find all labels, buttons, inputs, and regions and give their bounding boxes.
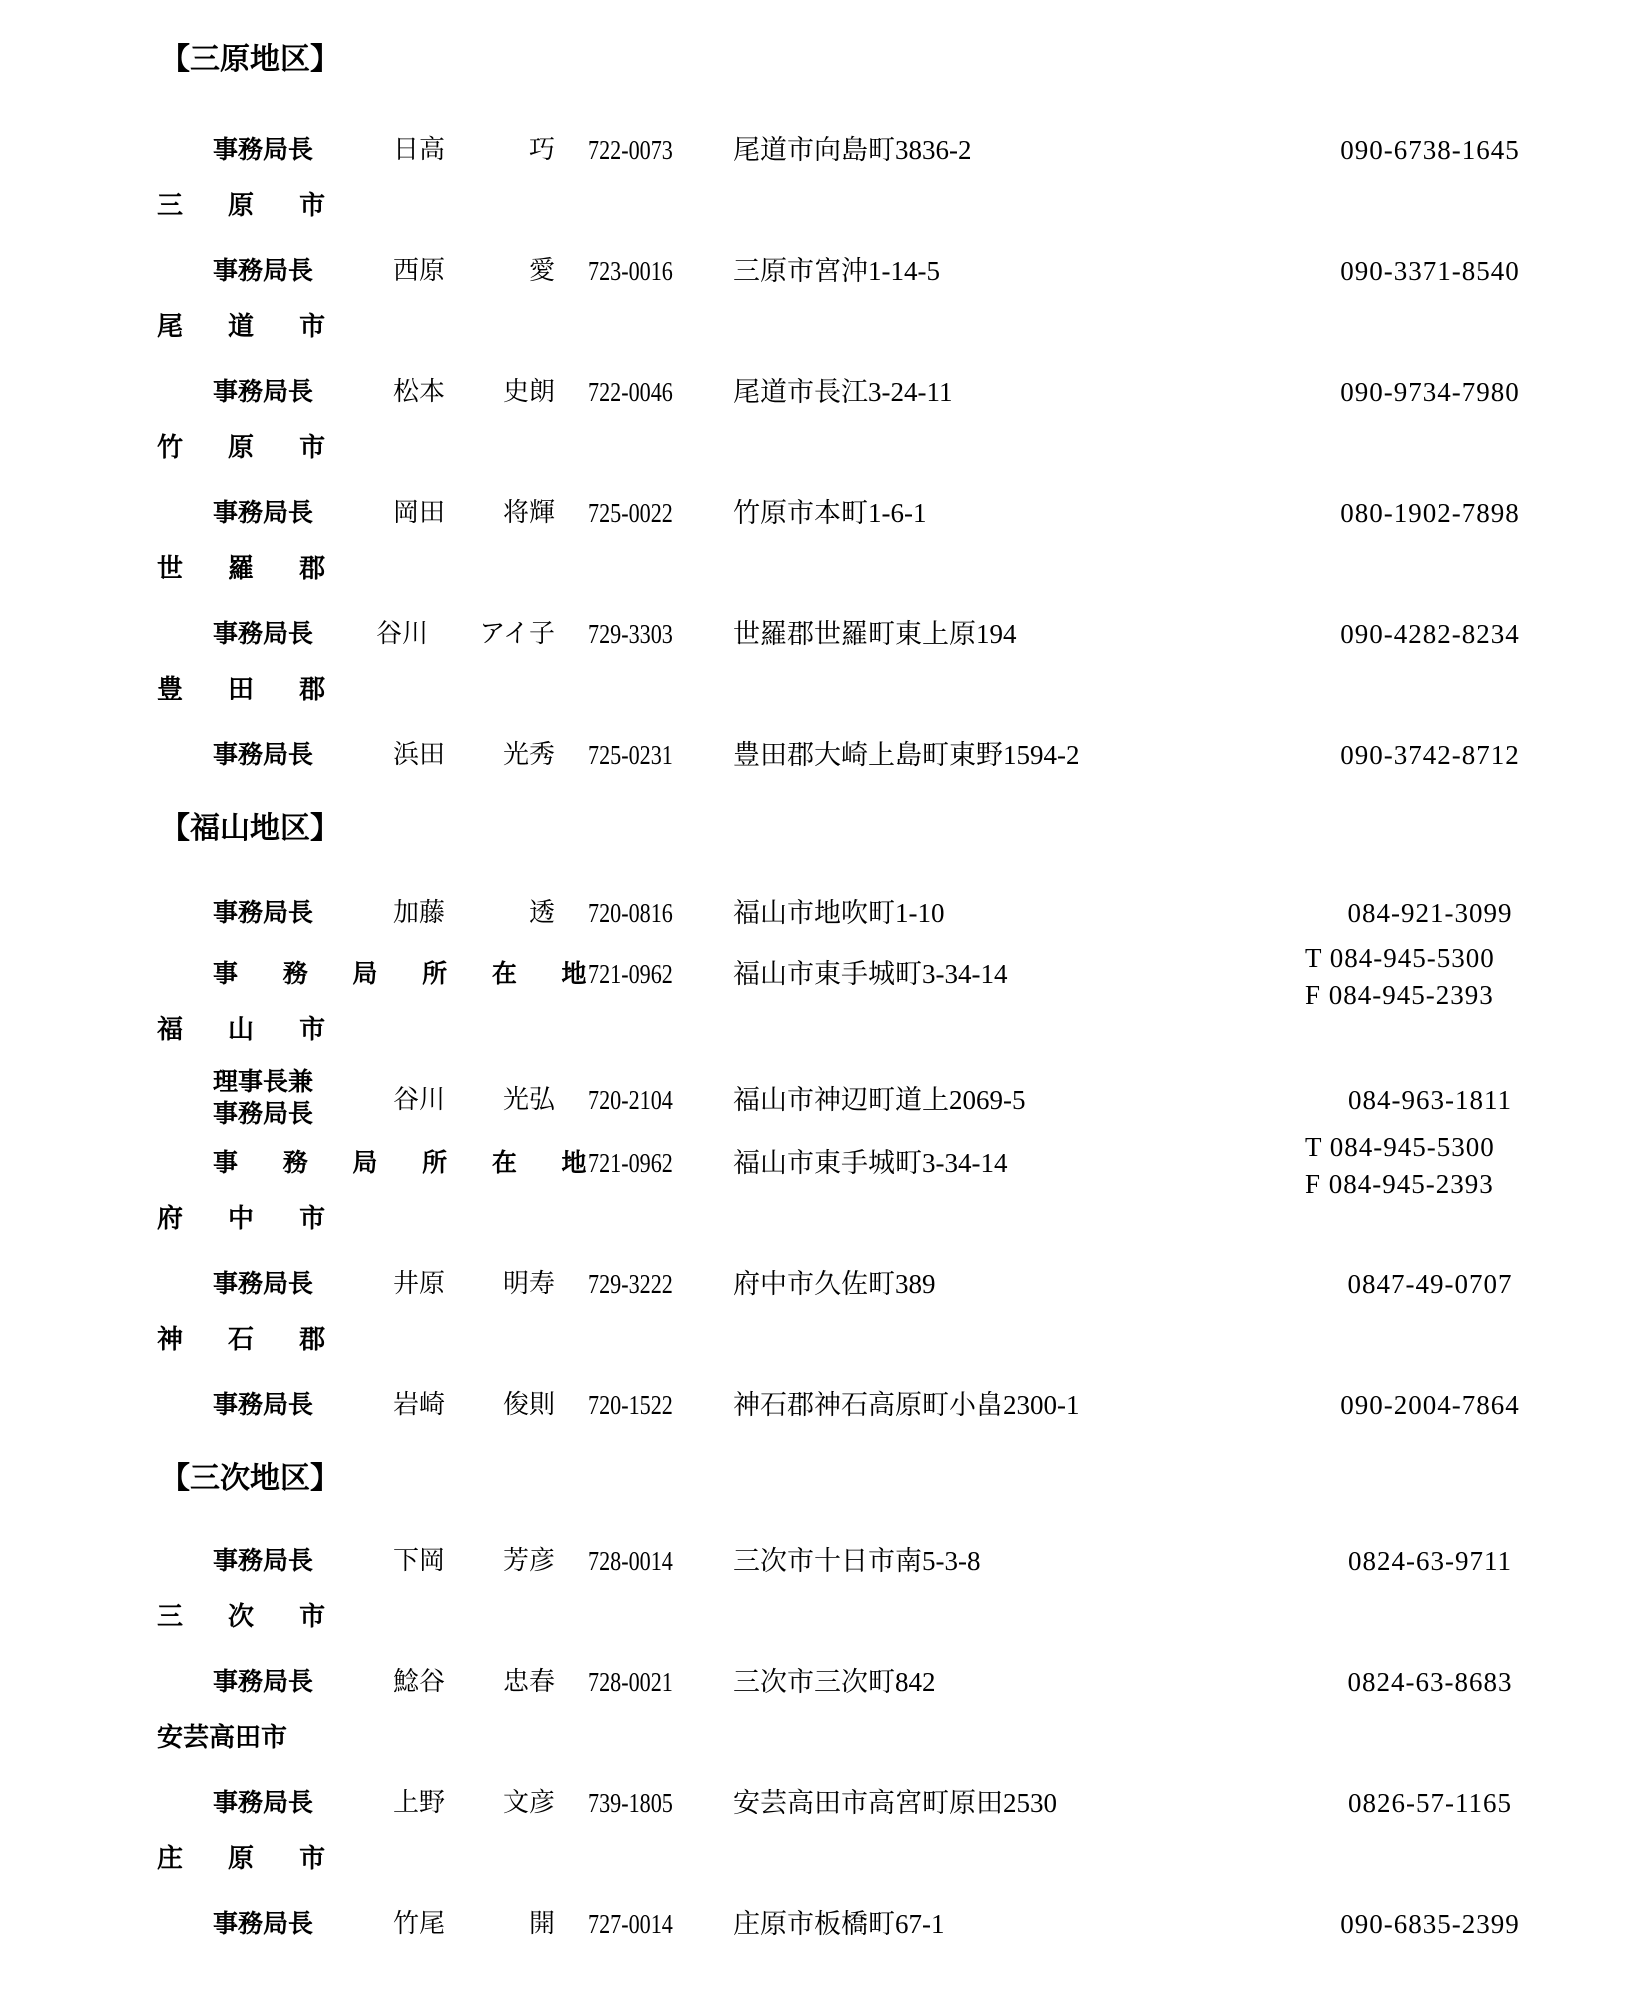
address: 府中市久佐町389 [733, 1269, 936, 1299]
contact-row: 理事長兼 事務局長 谷川 光弘 720-2104 福山市神辺町道上2069-5 … [0, 1080, 1648, 1120]
address: 庄原市板橋町67-1 [733, 1909, 945, 1939]
city-heading: 豊 田 郡 [157, 674, 343, 706]
contact-row: 事務局長 鯰谷 忠春 728-0021 三次市三次町842 0824-63-86… [0, 1662, 1648, 1702]
office-contact: T 084-945-5300 F 084-945-2393 [1305, 1129, 1565, 1203]
role-label: 事務局長 [213, 1390, 313, 1420]
postal-code: 721-0962 [588, 1148, 673, 1178]
role-label: 事務局長 [213, 898, 313, 928]
address: 世羅郡世羅町東上原194 [733, 619, 1017, 649]
postal-code: 728-0014 [588, 1546, 673, 1576]
city-heading: 竹 原 市 [157, 432, 343, 464]
surname: 竹尾 [393, 1909, 445, 1939]
phone-number: 090-6835-2399 [1300, 1909, 1560, 1939]
contact-row: 事務局長 井原 明寿 729-3222 府中市久佐町389 0847-49-07… [0, 1264, 1648, 1304]
contact-row: 事務局長 竹尾 開 727-0014 庄原市板橋町67-1 090-6835-2… [0, 1904, 1648, 1944]
surname: 鯰谷 [393, 1667, 445, 1697]
tel-number: T 084-945-5300 [1305, 1129, 1565, 1166]
postal-code: 720-2104 [588, 1085, 673, 1115]
city-heading: 三 原 市 [157, 190, 343, 222]
city-heading: 府 中 市 [157, 1203, 343, 1235]
city-heading: 三 次 市 [157, 1601, 343, 1633]
address: 三原市宮沖1-14-5 [733, 256, 940, 286]
given-name: アイ子 [479, 619, 555, 649]
phone-number: 090-3742-8712 [1300, 740, 1560, 770]
surname: 加藤 [393, 898, 445, 928]
given-name: 透 [529, 898, 555, 928]
surname: 谷川 [393, 1085, 445, 1115]
role-label: 事務局長 [213, 377, 313, 407]
surname: 松本 [393, 377, 445, 407]
role-label: 事務局長 [213, 1546, 313, 1576]
contact-row: 事務局長 谷川 アイ子 729-3303 世羅郡世羅町東上原194 090-42… [0, 614, 1648, 654]
city-heading: 世 羅 郡 [157, 553, 343, 585]
phone-number: 090-6738-1645 [1300, 135, 1560, 165]
office-location-label: 事 務 局 所 在 地 [213, 1148, 605, 1178]
given-name: 芳彦 [503, 1546, 555, 1576]
postal-code: 720-1522 [588, 1390, 673, 1420]
postal-code: 721-0962 [588, 959, 673, 989]
phone-number: 084-921-3099 [1300, 898, 1560, 928]
city-heading: 神 石 郡 [157, 1324, 343, 1356]
contact-row: 事務局長 浜田 光秀 725-0231 豊田郡大崎上島町東野1594-2 090… [0, 735, 1648, 775]
phone-number: 090-9734-7980 [1300, 377, 1560, 407]
role-label: 事務局長 [213, 256, 313, 286]
postal-code: 723-0016 [588, 256, 673, 286]
address: 福山市東手城町3-34-14 [733, 959, 1007, 989]
region-heading-fukuyama: 【福山地区】 [160, 811, 340, 847]
postal-code: 725-0022 [588, 498, 673, 528]
postal-code: 722-0073 [588, 135, 673, 165]
given-name: 開 [529, 1909, 555, 1939]
surname: 浜田 [393, 740, 445, 770]
city-heading: 安芸高田市 [157, 1722, 287, 1754]
role-label: 事務局長 [213, 1667, 313, 1697]
given-name: 将輝 [503, 498, 555, 528]
role-label: 理事長兼 事務局長 [213, 1066, 343, 1130]
contact-row: 事務局長 岩崎 俊則 720-1522 神石郡神石高原町小畠2300-1 090… [0, 1385, 1648, 1425]
phone-number: 0847-49-0707 [1300, 1269, 1560, 1299]
given-name: 愛 [529, 256, 555, 286]
role-line-1: 理事長兼 [213, 1066, 343, 1098]
address: 福山市神辺町道上2069-5 [733, 1085, 1026, 1115]
surname: 岡田 [393, 498, 445, 528]
phone-number: 080-1902-7898 [1300, 498, 1560, 528]
address: 三次市三次町842 [733, 1667, 936, 1697]
postal-code: 739-1805 [588, 1788, 673, 1818]
contact-row: 事務局長 松本 史朗 722-0046 尾道市長江3-24-11 090-973… [0, 372, 1648, 412]
postal-code: 727-0014 [588, 1909, 673, 1939]
contact-row: 事務局長 下岡 芳彦 728-0014 三次市十日市南5-3-8 0824-63… [0, 1541, 1648, 1581]
office-location-row: 事 務 局 所 在 地 721-0962 福山市東手城町3-34-14 T 08… [0, 1143, 1648, 1183]
contact-row: 事務局長 西原 愛 723-0016 三原市宮沖1-14-5 090-3371-… [0, 251, 1648, 291]
phone-number: 0824-63-9711 [1300, 1546, 1560, 1576]
given-name: 忠春 [503, 1667, 555, 1697]
postal-code: 725-0231 [588, 740, 673, 770]
office-location-label: 事 務 局 所 在 地 [213, 959, 605, 989]
contact-row: 事務局長 上野 文彦 739-1805 安芸高田市高宮町原田2530 0826-… [0, 1783, 1648, 1823]
role-label: 事務局長 [213, 135, 313, 165]
address: 福山市地吹町1-10 [733, 898, 945, 928]
surname: 井原 [393, 1269, 445, 1299]
city-heading: 庄 原 市 [157, 1843, 343, 1875]
address: 尾道市向島町3836-2 [733, 135, 972, 165]
region-heading-mihara: 【三原地区】 [160, 42, 340, 78]
contact-row: 事務局長 日高 巧 722-0073 尾道市向島町3836-2 090-6738… [0, 130, 1648, 170]
role-label: 事務局長 [213, 740, 313, 770]
given-name: 明寿 [503, 1269, 555, 1299]
role-label: 事務局長 [213, 498, 313, 528]
address: 尾道市長江3-24-11 [733, 377, 952, 407]
role-label: 事務局長 [213, 619, 313, 649]
contact-row: 事務局長 加藤 透 720-0816 福山市地吹町1-10 084-921-30… [0, 893, 1648, 933]
phone-number: 0824-63-8683 [1300, 1667, 1560, 1697]
address: 神石郡神石高原町小畠2300-1 [733, 1390, 1080, 1420]
address: 豊田郡大崎上島町東野1594-2 [733, 740, 1080, 770]
surname: 日高 [393, 135, 445, 165]
contact-row: 事務局長 岡田 将輝 725-0022 竹原市本町1-6-1 080-1902-… [0, 493, 1648, 533]
office-contact: T 084-945-5300 F 084-945-2393 [1305, 940, 1565, 1010]
phone-number: 090-4282-8234 [1300, 619, 1560, 649]
given-name: 文彦 [503, 1788, 555, 1818]
postal-code: 729-3222 [588, 1269, 673, 1299]
city-heading: 福 山 市 [157, 1014, 343, 1046]
postal-code: 720-0816 [588, 898, 673, 928]
given-name: 光秀 [503, 740, 555, 770]
role-label: 事務局長 [213, 1909, 313, 1939]
address: 安芸高田市高宮町原田2530 [733, 1788, 1057, 1818]
phone-number: 090-3371-8540 [1300, 256, 1560, 286]
postal-code: 728-0021 [588, 1667, 673, 1697]
fax-number: F 084-945-2393 [1305, 1166, 1565, 1203]
phone-number: 084-963-1811 [1300, 1085, 1560, 1115]
surname: 西原 [393, 256, 445, 286]
address: 竹原市本町1-6-1 [733, 498, 926, 528]
surname: 岩崎 [393, 1390, 445, 1420]
phone-number: 0826-57-1165 [1300, 1788, 1560, 1818]
postal-code: 729-3303 [588, 619, 673, 649]
tel-number: T 084-945-5300 [1305, 940, 1565, 977]
role-line-2: 事務局長 [213, 1098, 343, 1130]
phone-number: 090-2004-7864 [1300, 1390, 1560, 1420]
office-location-row: 事 務 局 所 在 地 721-0962 福山市東手城町3-34-14 T 08… [0, 954, 1648, 994]
surname: 谷川 [376, 619, 428, 649]
postal-code: 722-0046 [588, 377, 673, 407]
city-heading: 尾 道 市 [157, 311, 343, 343]
fax-number: F 084-945-2393 [1305, 977, 1565, 1010]
surname: 上野 [393, 1788, 445, 1818]
role-label: 事務局長 [213, 1788, 313, 1818]
address: 三次市十日市南5-3-8 [733, 1546, 980, 1576]
given-name: 史朗 [503, 377, 555, 407]
role-label: 事務局長 [213, 1269, 313, 1299]
surname: 下岡 [393, 1546, 445, 1576]
given-name: 巧 [529, 135, 555, 165]
address: 福山市東手城町3-34-14 [733, 1148, 1007, 1178]
region-heading-miyoshi: 【三次地区】 [160, 1461, 340, 1497]
given-name: 光弘 [503, 1085, 555, 1115]
given-name: 俊則 [503, 1390, 555, 1420]
